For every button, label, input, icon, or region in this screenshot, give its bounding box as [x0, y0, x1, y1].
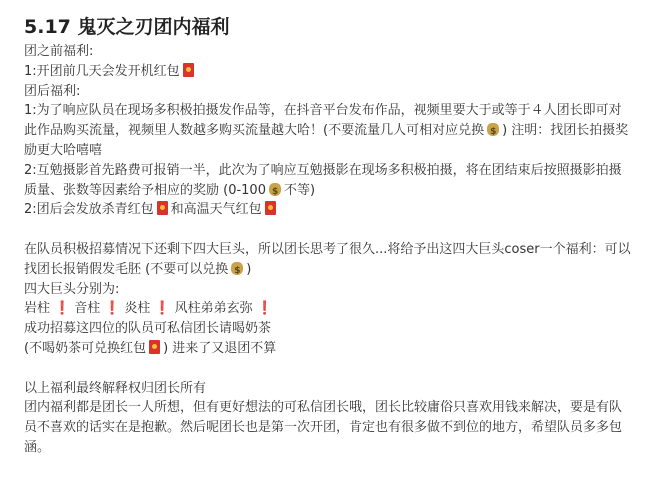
after-heading: 团后福利: — [24, 82, 634, 102]
big4-alt-text-a: (不喝奶茶可兑换红包 — [24, 341, 146, 356]
closing-paragraph: 团内福利都是团长一人所想，但有更好想法的可私信团长哦，团长比较庸俗只喜欢用钱来解… — [24, 398, 634, 457]
big4-name-4: 风柱弟弟玄弥 — [175, 301, 253, 316]
money-bag-icon — [269, 183, 281, 196]
big4-alt: (不喝奶茶可兑换红包) 进来了又退团不算 — [24, 339, 634, 359]
after-item-2-text-b: 不等) — [284, 183, 315, 198]
exclamation-icon: ❗ — [154, 301, 170, 316]
money-bag-icon — [231, 262, 243, 275]
red-packet-icon — [265, 201, 276, 215]
after-item-3-text-b: 和高温天气红包 — [171, 202, 262, 217]
big4-name-1: 岩柱 — [24, 301, 50, 316]
after-item-2-text-a: 2:互勉摄影首先路费可报销一半，此次为了响应互勉摄影在现场多积极拍摄，将在团结束… — [24, 163, 622, 198]
red-packet-icon — [157, 201, 168, 215]
before-item-1: 1:开团前几天会发开机红包 — [24, 62, 634, 82]
final-rights: 以上福利最终解释权归团长所有 — [24, 379, 634, 399]
big4-name-2: 音柱 — [74, 301, 100, 316]
after-item-3-text-a: 2:团后会发放杀青红包 — [24, 202, 154, 217]
spacer — [24, 220, 634, 240]
document: 5.17 鬼灭之刃团内福利 团之前福利: 1:开团前几天会发开机红包 团后福利:… — [24, 14, 634, 458]
big4-names: 岩柱❗音柱❗炎柱❗风柱弟弟玄弥❗ — [24, 299, 634, 319]
exclamation-icon: ❗ — [54, 301, 70, 316]
big4-intro: 在队员积极招募情况下还剩下四大巨头，所以团长思考了很久...将给予出这四大巨头c… — [24, 240, 634, 280]
page-title: 5.17 鬼灭之刃团内福利 — [24, 14, 634, 40]
red-packet-icon — [183, 63, 194, 77]
exclamation-icon: ❗ — [257, 301, 273, 316]
after-item-1: 1:为了响应队员在现场多积极拍摄发作品等，在抖音平台发布作品，视频里要大于或等于… — [24, 101, 634, 160]
big4-alt-text-b: ) 进来了又退团不算 — [163, 341, 276, 356]
spacer — [24, 359, 634, 379]
red-packet-icon — [149, 340, 160, 354]
big4-intro-text-a: 在队员积极招募情况下还剩下四大巨头，所以团长思考了很久...将给予出这四大巨头c… — [24, 242, 631, 277]
after-item-2: 2:互勉摄影首先路费可报销一半，此次为了响应互勉摄影在现场多积极拍摄，将在团结束… — [24, 161, 634, 201]
money-bag-icon — [487, 123, 499, 136]
after-item-3: 2:团后会发放杀青红包和高温天气红包 — [24, 200, 634, 220]
big4-intro-text-b: ) — [246, 262, 251, 277]
before-item-1-text: 1:开团前几天会发开机红包 — [24, 64, 180, 79]
before-heading: 团之前福利: — [24, 42, 634, 62]
big4-heading: 四大巨头分别为: — [24, 280, 634, 300]
big4-reward: 成功招募这四位的队员可私信团长请喝奶茶 — [24, 319, 634, 339]
exclamation-icon: ❗ — [104, 301, 120, 316]
big4-name-3: 炎柱 — [124, 301, 150, 316]
